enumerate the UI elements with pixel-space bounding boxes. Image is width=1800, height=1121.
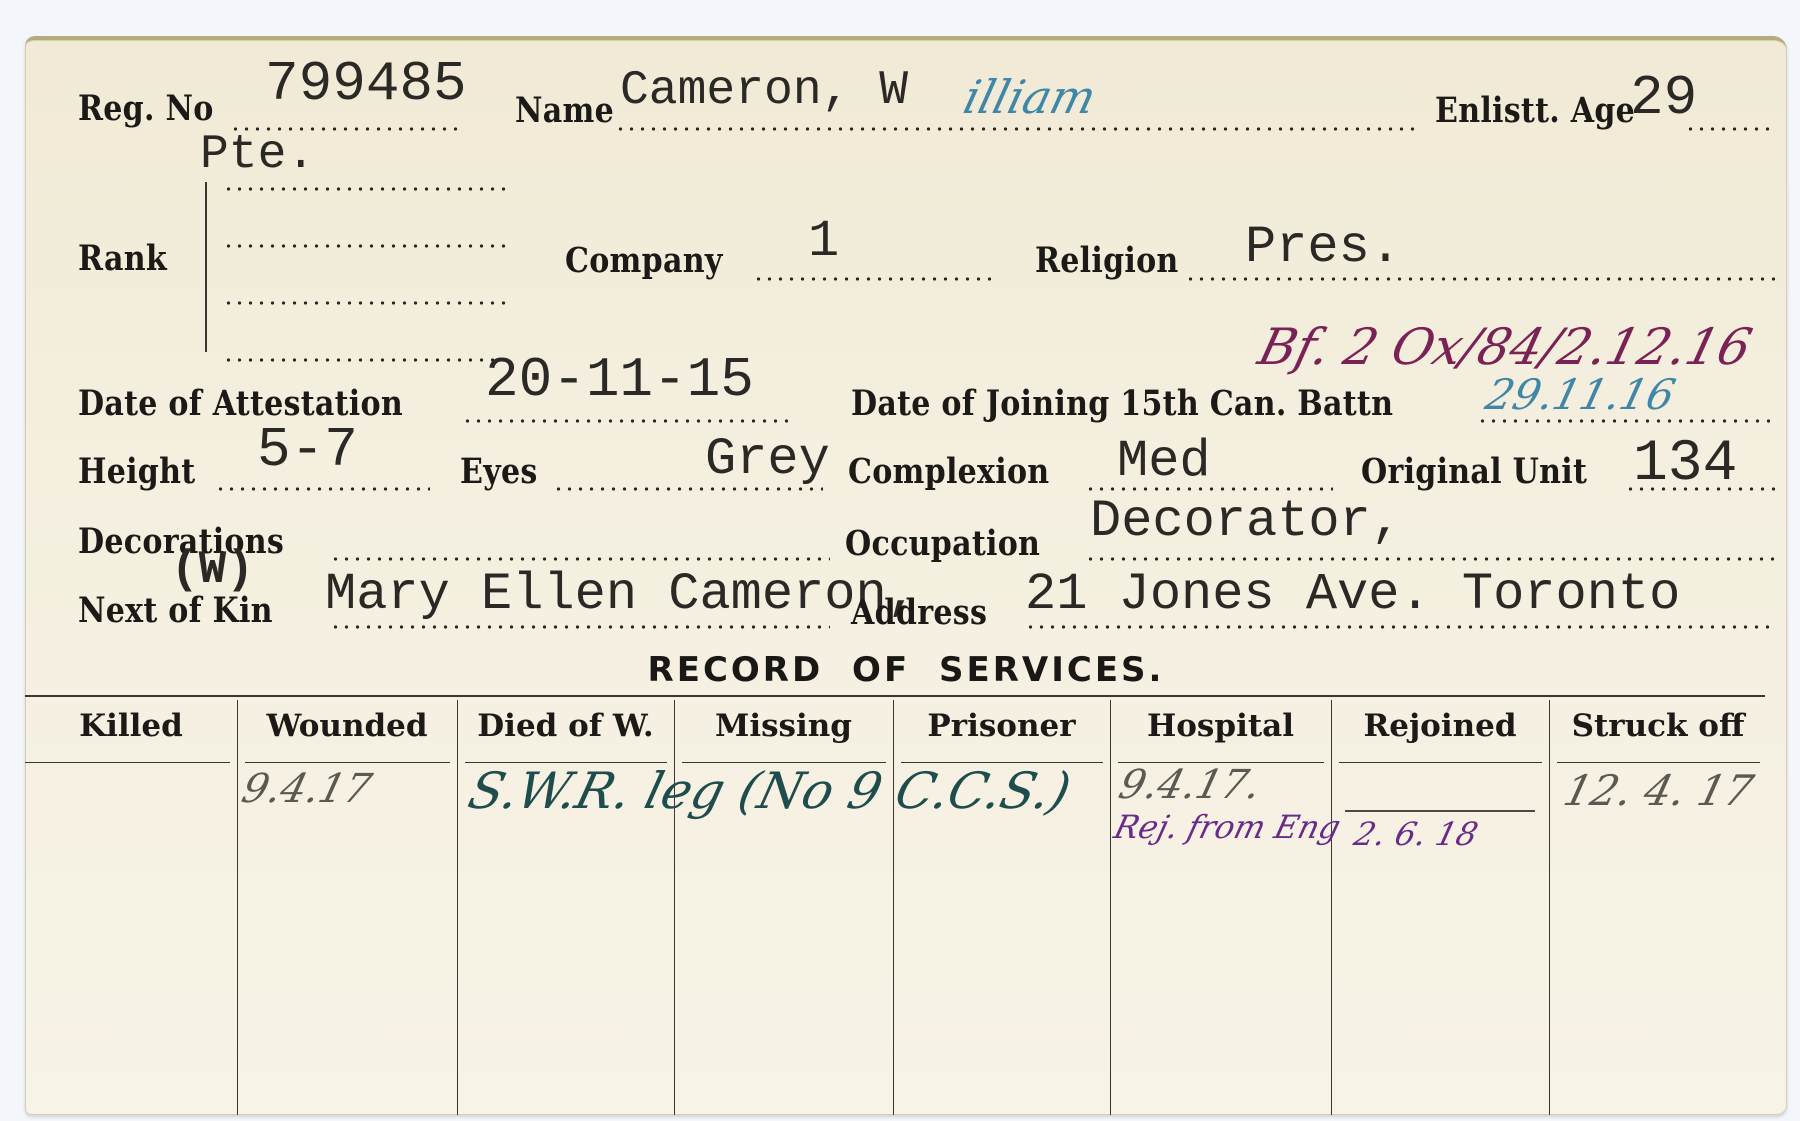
height-label: Height	[78, 451, 195, 492]
rank-dotted-line-3	[223, 300, 513, 306]
complexion-value: Med	[1117, 432, 1211, 491]
header-underline-2	[245, 762, 450, 763]
reg-no-label: Reg. No	[78, 88, 214, 129]
enlist-age-label: Enlistt. Age	[1435, 90, 1635, 131]
column-header-died-of-wounds: Died of W.	[457, 692, 674, 760]
header-underline-1	[25, 762, 230, 763]
height-value: 5-7	[257, 418, 358, 482]
name-surname-value: Cameron, W	[620, 64, 908, 118]
wounded-date: 9.4.17	[237, 766, 376, 812]
age-dotted-line	[1685, 126, 1777, 132]
rank-bracket	[205, 182, 207, 352]
eyes-label: Eyes	[460, 451, 538, 492]
joining-annotation: Bf. 2 Ox/84/2.12.16	[1253, 318, 1758, 376]
struck-off-date: 12. 4. 17	[1559, 766, 1758, 815]
column-header-rejoined: Rejoined	[1331, 692, 1549, 760]
name-dotted-line	[615, 126, 1415, 132]
rank-label: Rank	[78, 238, 167, 279]
company-label: Company	[565, 240, 723, 281]
decorations-dotted-line	[330, 556, 830, 562]
column-header-wounded: Wounded	[237, 692, 457, 760]
header-underline-8	[1557, 762, 1760, 763]
col-divider-7	[1549, 700, 1550, 1115]
col-divider-5	[1110, 700, 1111, 1115]
rank-dotted-line-1	[223, 186, 513, 192]
next-of-kin-label: Next of Kin	[78, 590, 273, 631]
date-of-joining-label: Date of Joining 15th Can. Battn	[851, 383, 1393, 424]
hospital-date: 9.4.17.	[1114, 762, 1265, 808]
date-of-attestation-value: 20-11-15	[485, 348, 754, 412]
name-handwritten-value: illiam	[958, 70, 1101, 124]
company-dotted-line	[753, 276, 998, 282]
hospital-note: Rej. from Eng	[1110, 808, 1344, 846]
record-of-services-title: RECORD OF SERVICES.	[25, 650, 1787, 690]
service-record-card: Reg. No 799485 Name Cameron, W illiam En…	[25, 36, 1787, 1115]
address-label: Address	[851, 592, 987, 633]
religion-value: Pres.	[1245, 218, 1401, 277]
next-of-kin-dotted-line	[330, 624, 830, 630]
rank-value: Pte.	[200, 128, 315, 182]
attestation-dotted-line	[462, 418, 792, 424]
next-of-kin-value: Mary Ellen Cameron,	[325, 565, 918, 624]
occupation-label: Occupation	[845, 523, 1040, 564]
column-header-hospital: Hospital	[1110, 692, 1331, 760]
original-unit-value: 134	[1633, 432, 1737, 497]
col-divider-6	[1331, 700, 1332, 1115]
reg-no-value: 799485	[265, 52, 467, 116]
column-header-prisoner: Prisoner	[893, 692, 1110, 760]
col-divider-1	[237, 700, 238, 1115]
col-divider-2	[457, 700, 458, 1115]
height-dotted-line	[215, 486, 430, 492]
occupation-dotted-line	[1085, 556, 1777, 562]
enlist-age-value: 29	[1630, 66, 1697, 130]
rank-dotted-line-4	[223, 357, 513, 363]
occupation-value: Decorator,	[1090, 492, 1402, 551]
next-of-kin-relation: (W)	[171, 544, 254, 596]
header-underline-7	[1339, 762, 1542, 763]
rank-dotted-line-2	[223, 243, 513, 249]
rejoined-date: 2. 6. 18	[1350, 815, 1482, 853]
date-of-joining-value: 29.11.16	[1481, 370, 1680, 419]
address-dotted-line	[1025, 624, 1777, 630]
name-label: Name	[515, 90, 614, 131]
column-header-killed: Killed	[25, 692, 237, 760]
address-value: 21 Jones Ave. Toronto	[1025, 565, 1680, 624]
company-value: 1	[808, 212, 839, 271]
column-header-struck-off: Struck off	[1549, 692, 1767, 760]
original-unit-label: Original Unit	[1361, 451, 1587, 492]
religion-label: Religion	[1035, 240, 1179, 281]
wound-description: S.W.R. leg (No 9 C.C.S.)	[463, 762, 1077, 820]
eyes-value: Grey	[705, 430, 830, 489]
column-header-missing: Missing	[674, 692, 893, 760]
complexion-label: Complexion	[848, 451, 1049, 492]
rejoined-dash	[1345, 810, 1535, 812]
